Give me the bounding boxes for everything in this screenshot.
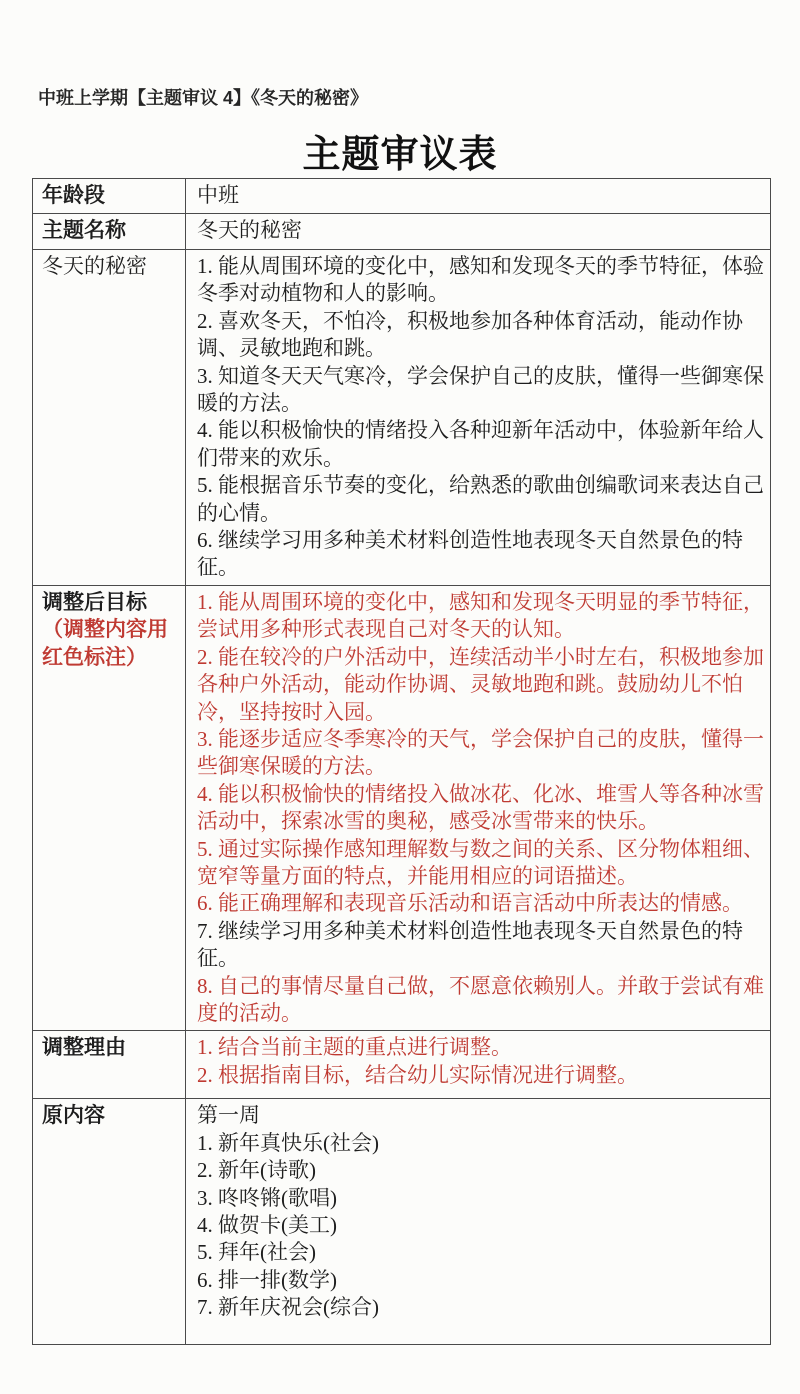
table-row-age: 年龄段 中班 [33,179,771,214]
row-label-cell: 调整后目标（调整内容用红色标注） [33,585,186,1031]
content-line: 3. 能逐步适应冬季寒冷的天气，学会保护自己的皮肤，懂得一些御寒保暖的方法。 [197,726,766,781]
content-line: 1. 能从周围环境的变化中，感知和发现冬天的季节特征，体验冬季对动植物和人的影响… [197,253,766,308]
content-line: 2. 喜欢冬天，不怕冷，积极地参加各种体育活动，能动作协调、灵敏地跑和跳。 [197,308,766,363]
table-row-adjusted-goals: 调整后目标（调整内容用红色标注） 1. 能从周围环境的变化中，感知和发现冬天明显… [33,585,771,1031]
table-row-theme-name: 主题名称 冬天的秘密 [33,214,771,250]
content-line: 5. 拜年(社会) [197,1239,766,1266]
row-label-adjustment-reason: 调整理由 [42,1036,126,1059]
doc-header-line: 中班上学期【主题审议 4】《冬天的秘密》 [38,86,800,110]
row-content-cell: 1. 能从周围环境的变化中，感知和发现冬天的季节特征，体验冬季对动植物和人的影响… [186,250,771,586]
content-line: 7. 继续学习用多种美术材料创造性地表现冬天自然景色的特征。 [197,918,766,973]
row-label-original-content: 原内容 [42,1104,105,1127]
row-label-cell: 调整理由 [33,1031,186,1099]
content-line: 6. 排一排(数学) [197,1267,766,1294]
document-page: 中班上学期【主题审议 4】《冬天的秘密》 主题审议表 年龄段 中班 主题名称 冬… [0,0,800,1394]
content-line: 2. 能在较冷的户外活动中，连续活动半小时左右，积极地参加各种户外活动，能动作协… [197,644,766,726]
content-line: 5. 能根据音乐节奏的变化，给熟悉的歌曲创编歌词来表达自己的心情。 [197,472,766,527]
content-line: 1. 结合当前主题的重点进行调整。 [197,1034,766,1061]
row-content-cell: 第一周 1. 新年真快乐(社会) 2. 新年(诗歌) 3. 咚咚锵(歌唱) 4.… [186,1099,771,1345]
content-line: 4. 能以积极愉快的情绪投入做冰花、化冰、堆雪人等各种冰雪活动中，探索冰雪的奥秘… [197,781,766,836]
content-line: 中班 [197,182,766,209]
content-line: 5. 通过实际操作感知理解数与数之间的关系、区分物体粗细、宽窄等量方面的特点，并… [197,836,766,891]
content-line: 6. 能正确理解和表现音乐活动和语言活动中所表达的情感。 [197,890,766,917]
row-content-cell: 冬天的秘密 [186,214,771,250]
content-line: 2. 新年(诗歌) [197,1157,766,1184]
row-label-winter-secret: 冬天的秘密 [42,254,147,278]
content-line: 2. 根据指南目标，结合幼儿实际情况进行调整。 [197,1062,766,1089]
row-label-red-note: （调整内容用红色标注） [42,618,168,668]
content-line: 第一周 [197,1102,766,1129]
page-title: 主题审议表 [0,132,800,178]
row-label-adjusted-goals: 调整后目标 [42,591,147,614]
content-line: 6. 继续学习用多种美术材料创造性地表现冬天自然景色的特征。 [197,527,766,582]
content-line: 3. 知道冬天天气寒冷，学会保护自己的皮肤，懂得一些御寒保暖的方法。 [197,363,766,418]
review-table: 年龄段 中班 主题名称 冬天的秘密 冬天的秘密 1. 能从周围环境的变化中，感知… [32,178,771,1345]
content-line: 1. 能从周围环境的变化中，感知和发现冬天明显的季节特征，尝试用多种形式表现自己… [197,589,766,644]
table-row-adjustment-reason: 调整理由 1. 结合当前主题的重点进行调整。 2. 根据指南目标，结合幼儿实际情… [33,1031,771,1099]
content-line: 4. 做贺卡(美工) [197,1212,766,1239]
content-line: 7. 新年庆祝会(综合) [197,1294,766,1321]
content-line: 1. 新年真快乐(社会) [197,1130,766,1157]
table-row-original-goals: 冬天的秘密 1. 能从周围环境的变化中，感知和发现冬天的季节特征，体验冬季对动植… [33,250,771,586]
row-content-cell: 1. 结合当前主题的重点进行调整。 2. 根据指南目标，结合幼儿实际情况进行调整… [186,1031,771,1099]
content-line: 8. 自己的事情尽量自己做，不愿意依赖别人。并敢于尝试有难度的活动。 [197,973,766,1028]
row-label-cell: 年龄段 [33,179,186,214]
row-content-cell: 1. 能从周围环境的变化中，感知和发现冬天明显的季节特征，尝试用多种形式表现自己… [186,585,771,1031]
row-content-cell: 中班 [186,179,771,214]
content-line: 冬天的秘密 [197,217,766,244]
content-line: 4. 能以积极愉快的情绪投入各种迎新年活动中，体验新年给人们带来的欢乐。 [197,417,766,472]
content-line: 3. 咚咚锵(歌唱) [197,1185,766,1212]
row-label-cell: 主题名称 [33,214,186,250]
row-label-age: 年龄段 [42,184,105,207]
row-label-theme-name: 主题名称 [42,219,126,242]
table-row-original-content: 原内容 第一周 1. 新年真快乐(社会) 2. 新年(诗歌) 3. 咚咚锵(歌唱… [33,1099,771,1345]
row-label-cell: 冬天的秘密 [33,250,186,586]
row-label-cell: 原内容 [33,1099,186,1345]
